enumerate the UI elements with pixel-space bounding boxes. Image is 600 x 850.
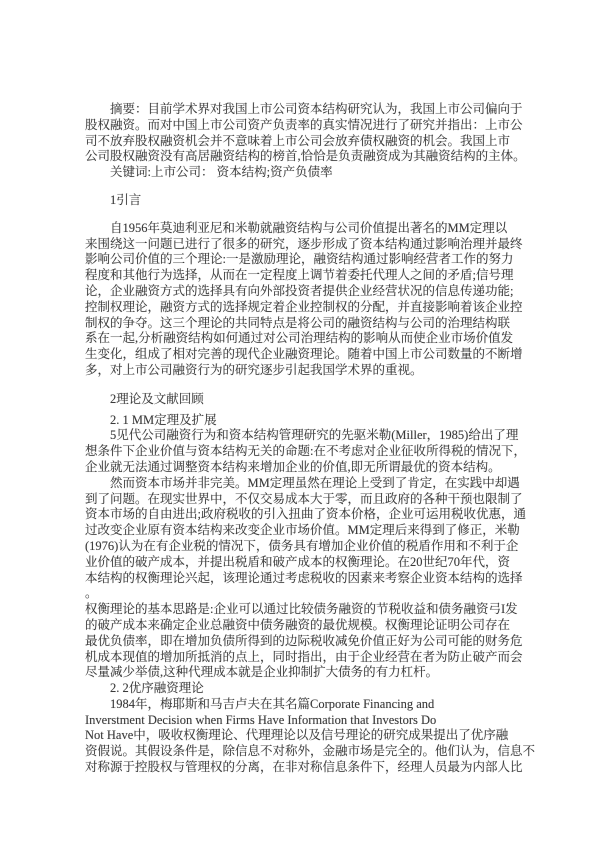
introduction-paragraph: 自1956年莫迪利亚尼和米勒就融资结构与公司价值提出著名的MM定理以 来围绕这一… — [85, 221, 521, 379]
text-line: 最优负债率，即在增加负债所得到的边际税收减免价值正好为公司可能的财务危 — [85, 634, 521, 650]
subsection-heading-pecking-order: 2. 2优序融资理论 — [85, 681, 521, 697]
text-line: 系在一起,分析融资结构如何通过对公司治理结构的影响从而使企业市场价值发 — [85, 331, 521, 347]
text-line: 控制权理论，融资方式的选择规定着企业控制权的分配，并直接影响着该企业控 — [85, 300, 521, 316]
document-text-block: 摘要：目前学术界对我国上市公司资本结构研究认为，我国上市公司偏向于 股权融资。而… — [85, 102, 521, 776]
text-line: 企业就无法通过调整资本结构来增加企业的价值,即无所谓最优的资本结构。 — [85, 460, 521, 476]
text-line: 来围绕这一问题已进行了很多的研究，逐步形成了资本结构通过影响治理并最终 — [85, 237, 521, 253]
text-line: 机成本现值的增加所抵消的点上，同时指出，由于企业经营在者为防止破产而会 — [85, 650, 521, 666]
text-line: 。 — [85, 586, 521, 602]
text-line: 公司股权融资没有高居融资结构的榜首,恰恰是负责融资成为其融资结构的主体。 — [85, 149, 521, 165]
text-line: 到了问题。在现实世界中，不仅交易成本大于零，而且政府的各种干预也限制了 — [85, 492, 521, 508]
pecking-order-paragraph: 1984年，梅耶斯和马吉卢夫在其名篇Corporate Financing an… — [85, 697, 521, 776]
keywords-line: 关键词:上市公司： 资本结构;资产负债率 — [85, 165, 521, 181]
text-line: 论，企业融资方式的选择具有向外部投资者提供企业经营状况的信息传递功能; — [85, 284, 521, 300]
text-line: 摘要：目前学术界对我国上市公司资本结构研究认为，我国上市公司偏向于 — [85, 102, 521, 118]
section-heading-theory-review: 2理论及文献回顾 — [85, 392, 521, 408]
text-line: 的破产成本来确定企业总融资中债务融资的最优规模。权衡理论证明公司存在 — [85, 618, 521, 634]
text-line: 制权的争夺。这三个理论的共同特点是将公司的融资结构与公司的治理结构联 — [85, 316, 521, 332]
text-line: 1984年，梅耶斯和马吉卢夫在其名篇Corporate Financing an… — [85, 697, 521, 713]
text-line: 对称源于控股权与管理权的分离，在非对称信息条件下，经理人员最为内部人比 — [85, 760, 521, 776]
text-line: (1976)认为在有企业税的情况下，债务具有增加企业价值的税盾作用和不利于企 — [85, 539, 521, 555]
text-line: 想条件下企业价值与资本结构无关的命题:在不考虑对企业征收所得税的情况下， — [85, 444, 521, 460]
text-line: Not Have中，吸收权衡理论、代理理论以及信号理论的研究成果提出了优序融 — [85, 728, 521, 744]
text-line: 尽量减少举债,这种代理成本就是企业抑制扩大债务的有力杠杆。 — [85, 665, 521, 681]
text-line: 过改变企业原有资本结构来改变企业市场价值。MM定理后来得到了修正，米勒 — [85, 523, 521, 539]
text-line: 资本市场的自由进出;政府税收的引入扭曲了资本价格，企业可运用税收优惠，通 — [85, 507, 521, 523]
text-line: 5见代公司融资行为和资本结构管理研究的先驱米勒(Miller，1985)给出了理 — [85, 428, 521, 444]
text-line: 影响公司价值的三个理论:一是激励理论，融资结构通过影响经营者工作的努力 — [85, 252, 521, 268]
subsection-heading-mm-theorem: 2. 1 MM定理及扩展 — [85, 413, 521, 429]
text-line: 业价值的破产成本，并提出税盾和破产成本的权衡理论。在20世纪70年代，资 — [85, 555, 521, 571]
text-line: 本结构的权衡理论兴起，该理论通过考虑税收的因素来考察企业资本结构的选择 — [85, 571, 521, 587]
mm-theorem-paragraph: 5见代公司融资行为和资本结构管理研究的先驱米勒(Miller，1985)给出了理… — [85, 428, 521, 681]
text-line: 股权融资。而对中国上市公司资产负责率的真实情况进行了研究并指出：上市公 — [85, 118, 521, 134]
text-line: 权衡理论的基本思路是:企业可以通过比较债务融资的节税收益和债务融资弓I发 — [85, 602, 521, 618]
text-line: 生变化，组成了相对完善的现代企业融资理论。随着中国上市公司数量的不断增 — [85, 347, 521, 363]
text-line: 司不放弃股权融资机会并不意味着上市公司会放弃债权融资的机会。我国上市 — [85, 134, 521, 150]
section-heading-introduction: 1引言 — [85, 193, 521, 209]
text-line: Inverstment Decision when Firms Have Inf… — [85, 713, 521, 729]
text-line: 资假说。其假设条件是，除信息不对称外，金融市场是完全的。他们认为，信息不 — [85, 744, 521, 760]
text-line: 然而资本市场并非完美。MM定理虽然在理论上受到了肯定，在实践中却遇 — [85, 476, 521, 492]
abstract-paragraph: 摘要：目前学术界对我国上市公司资本结构研究认为，我国上市公司偏向于 股权融资。而… — [85, 102, 521, 181]
document-page: 摘要：目前学术界对我国上市公司资本结构研究认为，我国上市公司偏向于 股权融资。而… — [0, 0, 600, 850]
text-line: 多，对上市公司融资行为的研究逐步引起我国学术界的重视。 — [85, 363, 521, 379]
text-line: 程度和其他行为选择，从而在一定程度上调节着委托代理人之间的矛盾;信号理 — [85, 268, 521, 284]
text-line: 自1956年莫迪利亚尼和米勒就融资结构与公司价值提出著名的MM定理以 — [85, 221, 521, 237]
